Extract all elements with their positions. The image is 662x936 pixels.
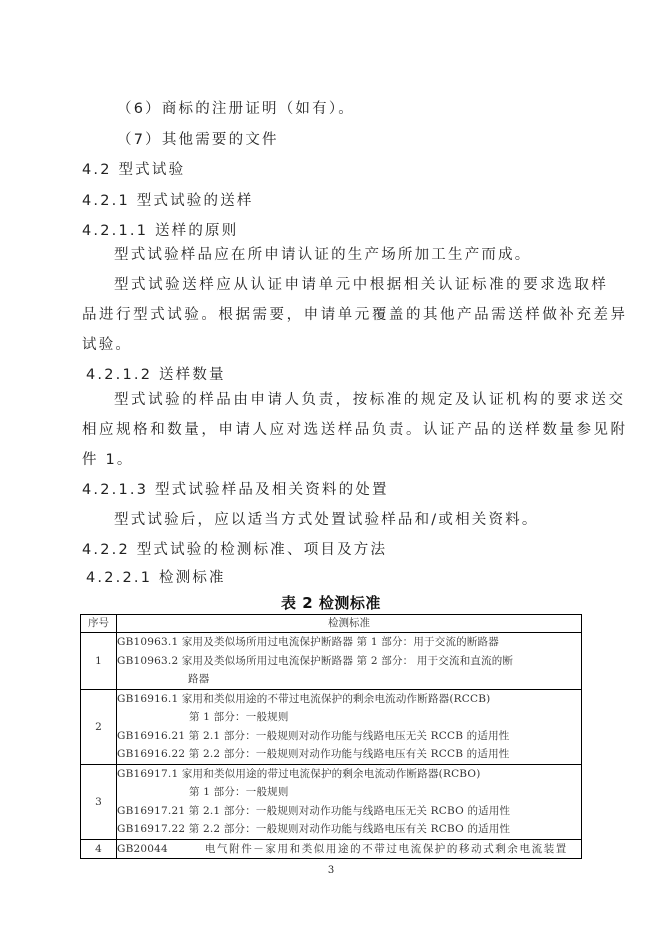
heading-4-2-2-1: 4.2.2.1 检测标准 bbox=[86, 569, 226, 587]
standard-line: GB20044电气附件－家用和类似用途的不带过电流保护的移动式剩余电流装置 bbox=[117, 840, 581, 859]
table-row: 4 GB20044电气附件－家用和类似用途的不带过电流保护的移动式剩余电流装置 bbox=[81, 839, 582, 859]
list-item-other-documents: （7）其他需要的文件 bbox=[117, 131, 279, 149]
standard-line: GB16916.21 第 2.1 部分：一般规则对动作功能与线路电压无关 RCC… bbox=[117, 727, 581, 746]
standard-code: GB20044 bbox=[117, 843, 168, 855]
row-standards: GB16917.1 家用和类似用途的带过电流保护的剩余电流动作断路器(RCBO)… bbox=[117, 764, 582, 839]
row-seq: 4 bbox=[81, 839, 117, 859]
row-standards: GB16916.1 家用和类似用途的不带过电流保护的剩余电流动作断路器(RCCB… bbox=[117, 689, 582, 764]
standard-title: 电气附件－家用和类似用途的不带过电流保护的移动式剩余电流装置 bbox=[168, 840, 568, 859]
row-standards: GB10963.1 家用及类似场所用过电流保护断路器 第 1 部分：用于交流的断… bbox=[117, 633, 582, 690]
heading-4-2-1-3: 4.2.1.3 型式试验样品及相关资料的处置 bbox=[82, 481, 389, 499]
table-caption: 表 2 检测标准 bbox=[0, 592, 662, 613]
paragraph-line: 型式试验的样品由申请人负责，按标准的规定及认证机构的要求送交 bbox=[114, 391, 626, 409]
table-row: 1 GB10963.1 家用及类似场所用过电流保护断路器 第 1 部分：用于交流… bbox=[81, 633, 582, 690]
standards-table: 序号 检测标准 1 GB10963.1 家用及类似场所用过电流保护断路器 第 1… bbox=[80, 614, 582, 859]
row-standards: GB20044电气附件－家用和类似用途的不带过电流保护的移动式剩余电流装置 bbox=[117, 839, 582, 859]
heading-4-2-2: 4.2.2 型式试验的检测标准、项目及方法 bbox=[82, 541, 387, 559]
paragraph-line: 型式试验后，应以适当方式处置试验样品和/或相关资料。 bbox=[114, 511, 539, 529]
standard-line: GB16917.22 第 2.2 部分：一般规则对动作功能与线路电压有关 RCB… bbox=[117, 820, 581, 839]
page-number: 3 bbox=[0, 865, 662, 876]
heading-4-2-1-1: 4.2.1.1 送样的原则 bbox=[82, 222, 238, 240]
paragraph-line: 型式试验送样应从认证申请单元中根据相关认证标准的要求选取样 bbox=[114, 276, 608, 294]
heading-4-2-1-2: 4.2.1.2 送样数量 bbox=[86, 366, 226, 384]
column-header-seq: 序号 bbox=[81, 615, 117, 633]
standard-line: 第 1 部分：一般规则 bbox=[117, 783, 581, 802]
paragraph-line: 品进行型式试验。根据需要，申请单元覆盖的其他产品需送样做补充差异 bbox=[82, 306, 628, 324]
table-row: 3 GB16917.1 家用和类似用途的带过电流保护的剩余电流动作断路器(RCB… bbox=[81, 764, 582, 839]
standard-line: 第 1 部分：一般规则 bbox=[117, 708, 581, 727]
standard-line: GB16916.22 第 2.2 部分：一般规则对动作功能与线路电压有关 RCC… bbox=[117, 745, 581, 764]
paragraph-line: 件 1。 bbox=[82, 451, 134, 469]
table-header-row: 序号 检测标准 bbox=[81, 615, 582, 633]
row-seq: 1 bbox=[81, 633, 117, 690]
row-seq: 2 bbox=[81, 689, 117, 764]
standard-line: 路器 bbox=[117, 670, 581, 689]
paragraph-line: 型式试验样品应在所申请认证的生产场所加工生产而成。 bbox=[114, 246, 532, 264]
table-row: 2 GB16916.1 家用和类似用途的不带过电流保护的剩余电流动作断路器(RC… bbox=[81, 689, 582, 764]
column-header-standard: 检测标准 bbox=[117, 615, 582, 633]
heading-4-2: 4.2 型式试验 bbox=[82, 161, 185, 179]
paragraph-line: 相应规格和数量，申请人应对选送样品负责。认证产品的送样数量参见附 bbox=[82, 421, 628, 439]
paragraph-line: 试验。 bbox=[82, 336, 132, 354]
heading-4-2-1: 4.2.1 型式试验的送样 bbox=[82, 192, 254, 210]
list-item-trademark-certificate: （6）商标的注册证明（如有）。 bbox=[117, 100, 355, 118]
standard-line: GB16916.1 家用和类似用途的不带过电流保护的剩余电流动作断路器(RCCB… bbox=[117, 690, 581, 709]
standard-line: GB10963.2 家用及类似场所用过电流保护断路器 第 2 部分： 用于交流和… bbox=[117, 652, 581, 671]
row-seq: 3 bbox=[81, 764, 117, 839]
standard-line: GB10963.1 家用及类似场所用过电流保护断路器 第 1 部分：用于交流的断… bbox=[117, 633, 581, 652]
standard-line: GB16917.21 第 2.1 部分：一般规则对动作功能与线路电压无关 RCB… bbox=[117, 802, 581, 821]
standard-line: GB16917.1 家用和类似用途的带过电流保护的剩余电流动作断路器(RCBO) bbox=[117, 765, 581, 784]
